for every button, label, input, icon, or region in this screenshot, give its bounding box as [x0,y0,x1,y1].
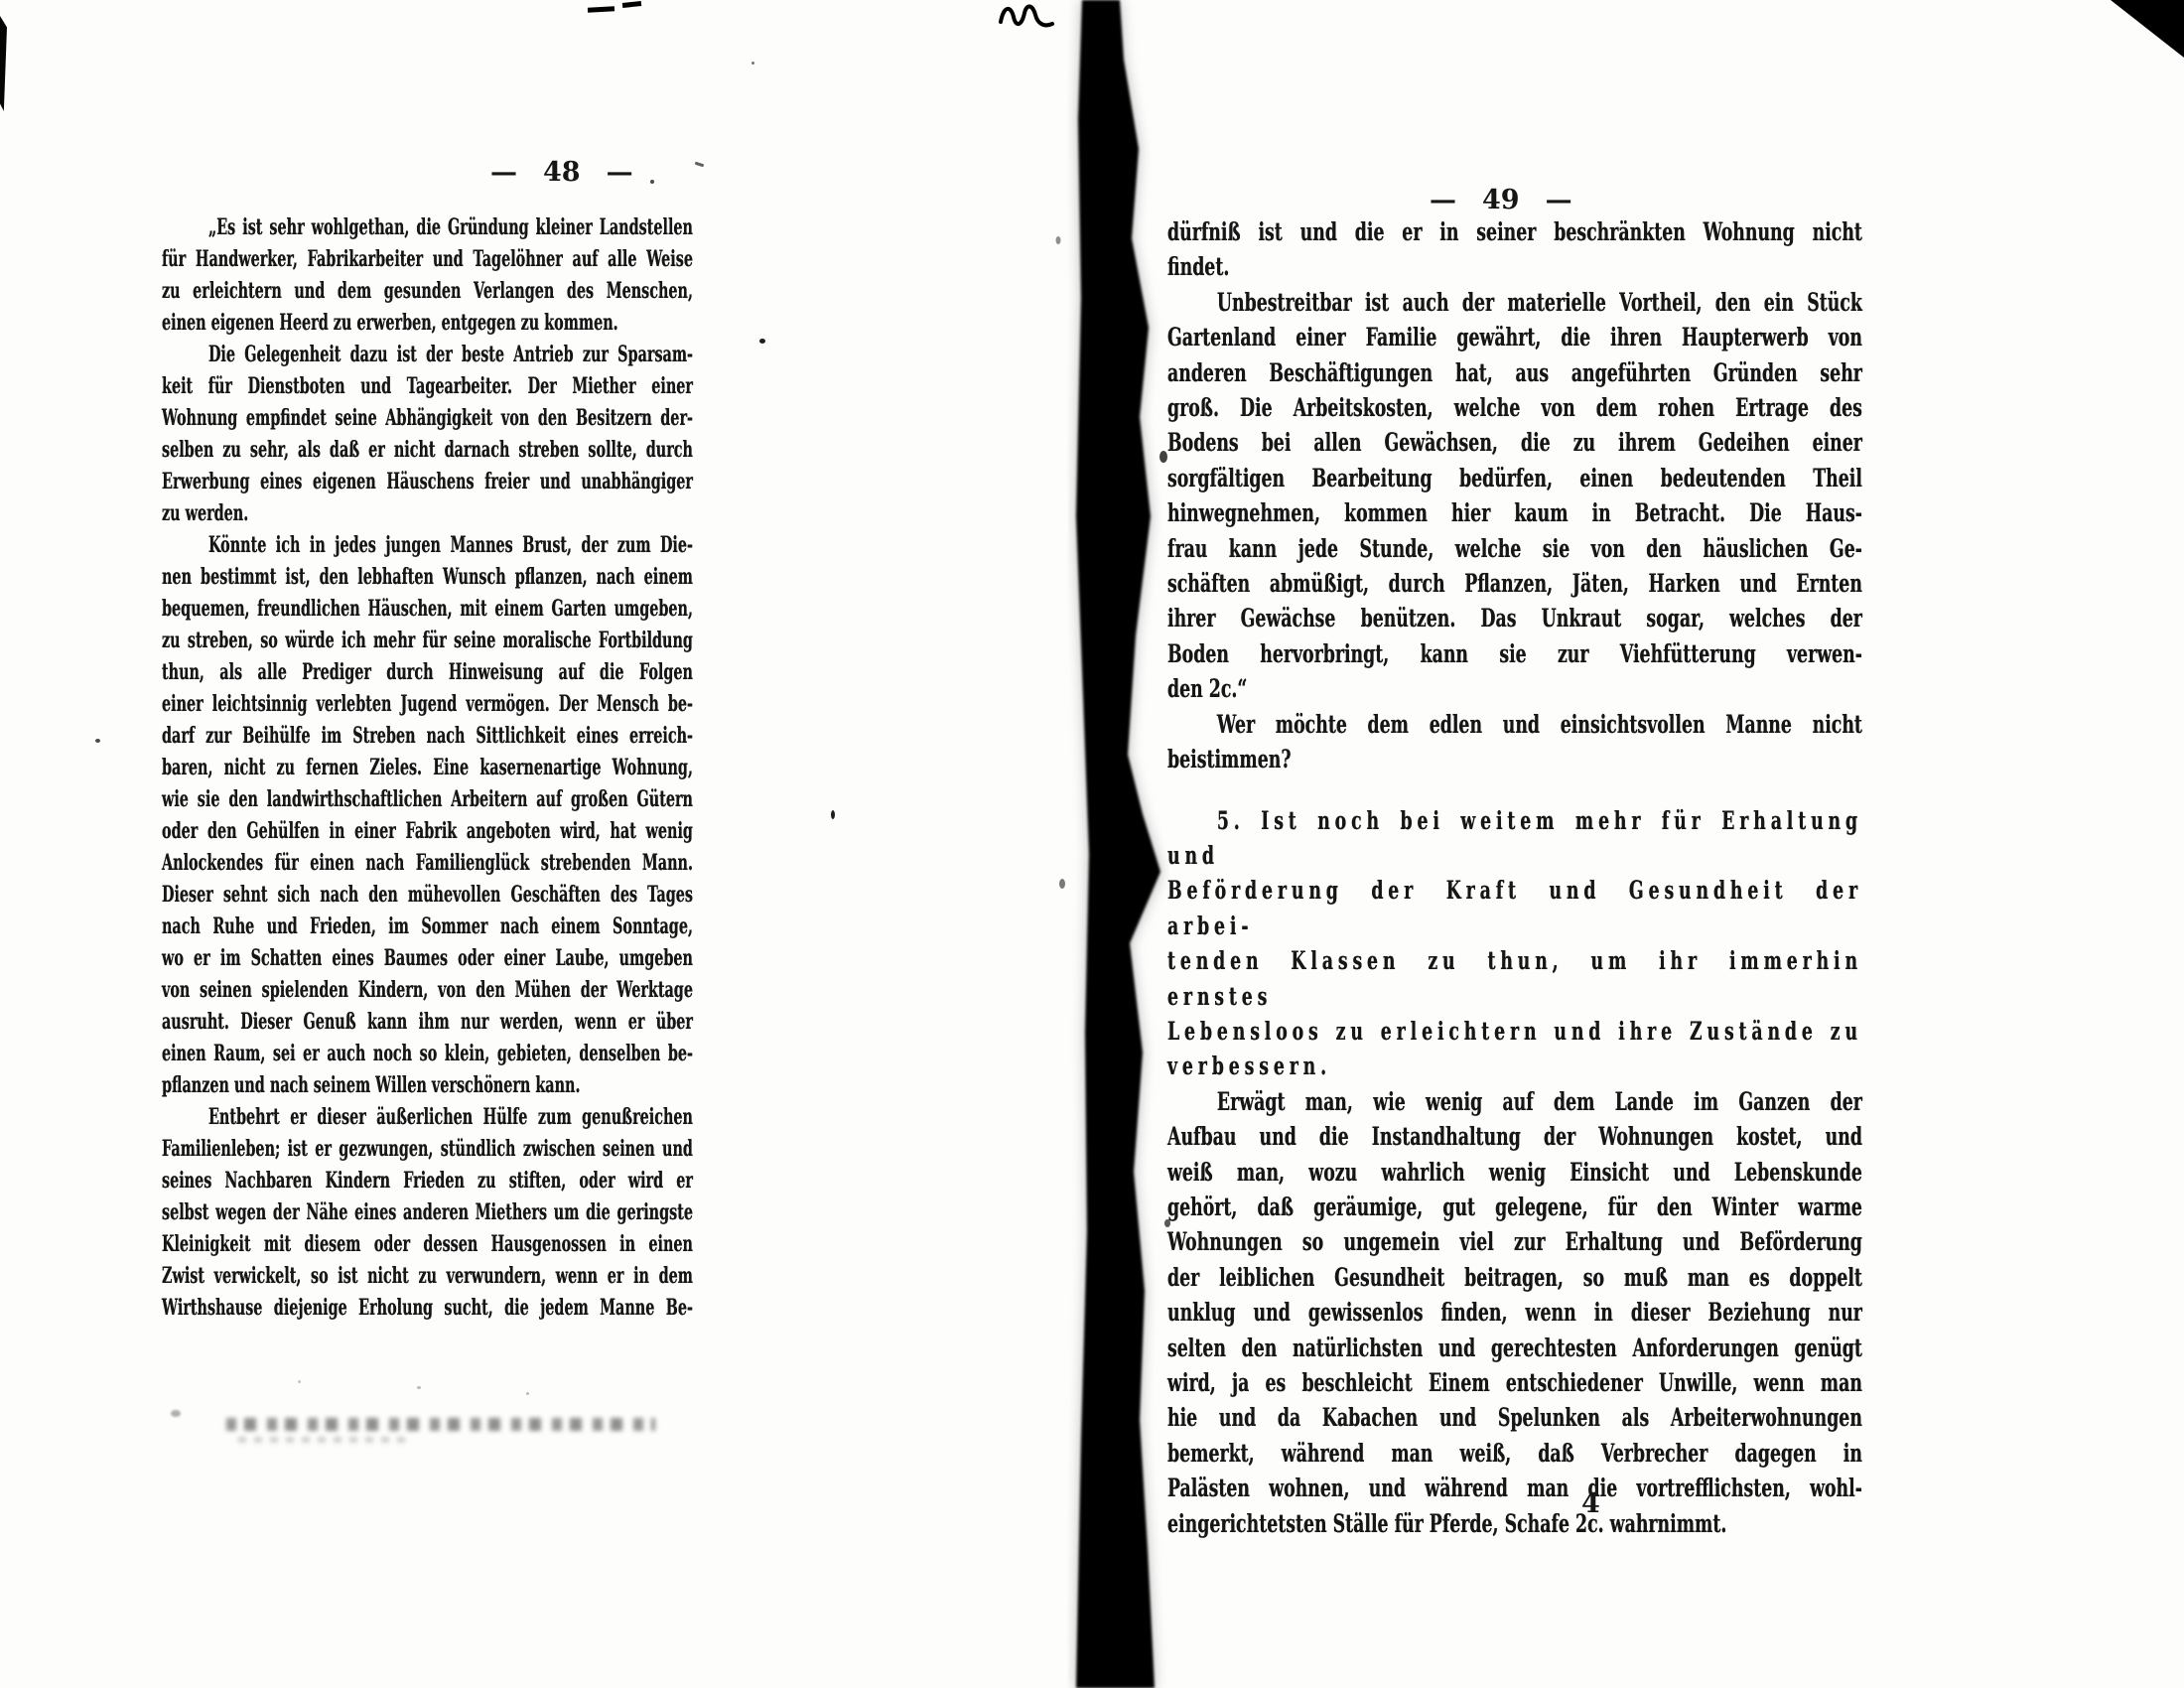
text-line: tenden Klassen zu thun, um ihr immerhin … [1167,943,1862,1014]
corner-tear [2111,0,2184,58]
dash-icon: — [1430,185,1456,215]
text-line: den 2c.“ [1167,671,1862,706]
edge-tear [0,16,7,111]
text-line: beistimmen? [1167,742,1862,776]
text-line: Wohnung empfindet seine Abhängigkeit von… [162,402,693,434]
text-line: Wirthshause diejenige Erholung sucht, di… [162,1292,693,1324]
gutter-shadow [1013,0,1231,1688]
text-line: Familienleben; ist er gezwungen, stündli… [162,1133,693,1165]
text-line: nach Ruhe und Frieden, im Sommer nach ei… [162,911,693,942]
text-line: Wohnungen so ungemein viel zur Erhaltung… [1167,1224,1862,1259]
text-line: einen Raum, sei er auch noch so klein, g… [162,1038,693,1069]
paragraph: 5. Ist noch bei weitem mehr für Erhaltun… [1167,803,1862,1084]
page-number-right: —49— [1430,185,1572,215]
page-number-left: —48— [490,157,633,188]
text-line: eingerichtetsten Ställe für Pferde, Scha… [1167,1506,1862,1541]
text-line: Unbestreitbar ist auch der materielle Vo… [1167,285,1862,320]
text-line: findet. [1167,249,1862,284]
ink-smudge [238,1437,407,1443]
page-number-value: 48 [517,157,607,188]
paragraph: Wer möchte dem edlen und einsichtsvollen… [1167,707,1862,777]
paragraph: „Es ist sehr wohlgethan, die Gründung kl… [162,211,693,339]
text-line: 5. Ist noch bei weitem mehr für Erhaltun… [1167,803,1862,874]
text-line: von seinen spielenden Kindern, von den M… [162,974,693,1006]
text-line: groß. Die Arbeitskosten, welche von dem … [1167,390,1862,425]
text-line: wie sie den landwirthschaftlichen Arbeit… [162,783,693,815]
text-line: selben zu sehr, als daß er nicht darnach… [162,434,693,466]
paragraph: Entbehrt er dieser äußerlichen Hülfe zum… [162,1101,693,1324]
ink-speck [171,1410,181,1417]
ink-dash [622,1,641,8]
text-line: oder den Gehülfen in einer Fabrik angebo… [162,815,693,847]
text-line: unklug und gewissenlos finden, wenn in d… [1167,1295,1862,1330]
ink-speck [650,180,654,184]
ink-speck [759,339,765,344]
paragraph: Die Gelegenheit dazu ist der beste Antri… [162,339,693,529]
text-line: ausruht. Dieser Genuß kann ihm nur werde… [162,1006,693,1038]
text-line: baren, nicht zu fernen Zieles. Eine kase… [162,752,693,783]
text-line: Kleinigkeit mit diesem oder dessen Hausg… [162,1228,693,1260]
text-line: Boden hervorbringt, kann sie zur Viehfüt… [1167,636,1862,671]
ink-smudge [226,1418,655,1431]
text-line: Erwerbung eines eigenen Häuschens freier… [162,466,693,497]
left-page: „Es ist sehr wohlgethan, die Gründung kl… [162,211,698,1324]
pen-mark-icon [993,0,1062,40]
text-line: keit für Dienstboten und Tagearbeiter. D… [162,370,693,402]
paragraph: Könnte ich in jedes jungen Mannes Brust,… [162,529,693,1101]
text-line: Palästen wohnen, und während man die vor… [1167,1471,1862,1505]
text-line: hinwegnehmen, kommen hier kaum in Betrac… [1167,495,1862,530]
text-line: dürfniß ist und die er in seiner beschrä… [1167,214,1862,249]
text-line: Erwägt man, wie wenig auf dem Lande im G… [1167,1084,1862,1119]
ink-speck [298,1380,301,1383]
dash-icon: — [1546,185,1572,215]
text-line: einer leichtsinnig verlebten Jugend verm… [162,688,693,720]
paragraph: dürfniß ist und die er in seiner beschrä… [1167,214,1862,285]
text-line: Bodens bei allen Gewächsen, die zu ihrem… [1167,425,1862,460]
text-line: „Es ist sehr wohlgethan, die Gründung kl… [162,211,693,243]
text-line: sorgfältigen Bearbeitung bedürfen, einen… [1167,461,1862,495]
text-line: darf zur Beihülfe im Streben nach Sittli… [162,720,693,752]
text-line: ihrer Gewächse benützen. Das Unkraut sog… [1167,601,1862,635]
signature-mark: 4 [1581,1488,1600,1519]
right-page: dürfniß ist und die er in seiner beschrä… [1167,214,1867,1541]
text-line: Entbehrt er dieser äußerlichen Hülfe zum… [162,1101,693,1133]
ink-speck [95,739,100,743]
text-line: selten den natürlichsten und gerechteste… [1167,1331,1862,1365]
text-line: nen bestimmt ist, den lebhaften Wunsch p… [162,561,693,593]
text-line: thun, als alle Prediger durch Hinweisung… [162,656,693,688]
ink-speck [695,162,704,168]
dash-icon: — [607,157,633,188]
text-line: Beförderung der Kraft und Gesundheit der… [1167,873,1862,943]
text-line: Könnte ich in jedes jungen Mannes Brust,… [162,529,693,561]
right-page-text: dürfniß ist und die er in seiner beschrä… [1167,214,1862,1541]
text-line: zu streben, so würde ich mehr für seine … [162,625,693,656]
text-line: bequemen, freundlichen Häuschen, mit ein… [162,593,693,625]
text-line: Wer möchte dem edlen und einsichtsvollen… [1167,707,1862,742]
book-scan: { "pages": { "left": { "number": "48", "… [0,0,2184,1688]
text-line: Aufbau und die Instandhaltung der Wohnun… [1167,1119,1862,1154]
text-line: seines Nachbaren Kindern Frieden zu stif… [162,1165,693,1196]
text-line: schäften abmüßigt, durch Pflanzen, Jäten… [1167,566,1862,601]
text-line: anderen Beschäftigungen hat, aus angefüh… [1167,355,1862,390]
text-line: wird, ja es beschleicht Einem entschiede… [1167,1365,1862,1400]
ink-speck [831,810,835,819]
text-line: für Handwerker, Fabrikarbeiter und Tagel… [162,243,693,275]
text-line: weiß man, wozu wahrlich wenig Einsicht u… [1167,1155,1862,1190]
paragraph: Erwägt man, wie wenig auf dem Lande im G… [1167,1084,1862,1541]
text-line: Dieser sehnt sich nach den mühevollen Ge… [162,879,693,911]
text-line: Lebensloos zu erleichtern und ihre Zustä… [1167,1014,1862,1049]
ink-speck [751,62,754,65]
text-line: Anlockendes für einen nach Familienglück… [162,847,693,879]
text-line: der leiblichen Gesundheit beitragen, so … [1167,1260,1862,1295]
text-line: verbessern. [1167,1049,1862,1083]
text-line: frau kann jede Stunde, welche sie von de… [1167,531,1862,566]
ink-speck [526,1392,529,1395]
paragraph: Unbestreitbar ist auch der materielle Vo… [1167,285,1862,707]
ink-speck [417,1386,421,1389]
text-line: wo er im Schatten eines Baumes oder eine… [162,942,693,974]
text-line: Gartenland einer Familie gewährt, die ih… [1167,320,1862,354]
text-line: selbst wegen der Nähe eines anderen Miet… [162,1196,693,1228]
text-line: bemerkt, während man weiß, daß Verbreche… [1167,1436,1862,1471]
text-line: pflanzen und nach seinem Willen verschön… [162,1069,693,1101]
text-line: zu erleichtern und dem gesunden Verlange… [162,275,693,307]
text-line: zu werden. [162,497,693,529]
ink-dash [588,6,614,12]
page-number-value: 49 [1456,185,1546,215]
dash-icon: — [490,157,517,188]
text-line: gehört, daß geräumige, gut gelegene, für… [1167,1190,1862,1224]
text-line: einen eigenen Heerd zu erwerben, entgege… [162,307,693,339]
text-line: Die Gelegenheit dazu ist der beste Antri… [162,339,693,370]
text-line: hie und da Kabachen und Spelunken als Ar… [1167,1400,1862,1435]
left-page-text: „Es ist sehr wohlgethan, die Gründung kl… [162,211,693,1324]
text-line: Zwist verwickelt, so ist nicht zu verwun… [162,1260,693,1292]
